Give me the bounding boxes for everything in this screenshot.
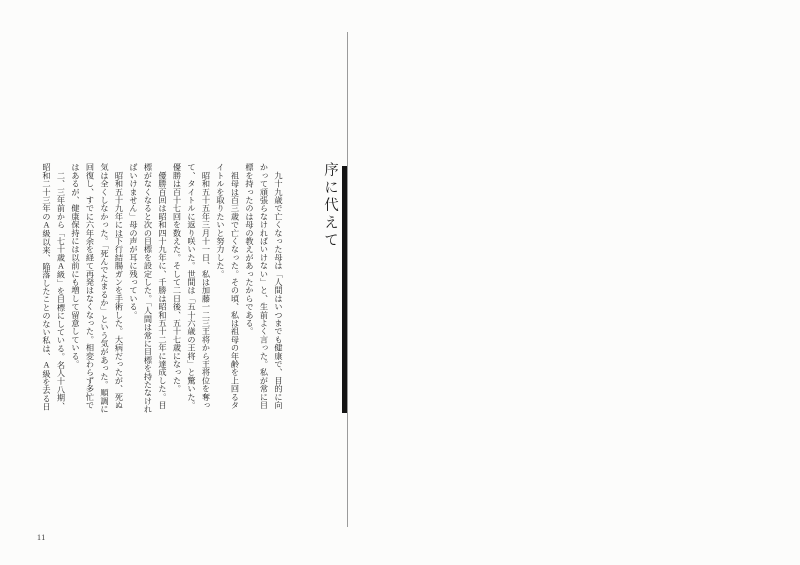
text-column: 標を持ったのは母の教えがあったからである。 xyxy=(242,163,257,421)
text-column: 二、三年前から「七十歳A級」を目標にしている。名人十八期、 xyxy=(53,163,68,421)
chapter-title: 序に代えて xyxy=(320,162,341,272)
text-column: 気は全くしなかった。「死んでたまるか」という気があった。順調に xyxy=(97,163,112,421)
scanned-book-spread: 序に代えて 九十九歳で亡くなった母は「人間はいつまでも健康で、目的に向かって頑張… xyxy=(0,0,800,565)
text-column: 標がなくなると次の目標を設定した。「人間は常に目標を持たなけれ xyxy=(140,163,155,421)
text-column: かって頑張らなければいけない」と、生前よく言った。私が常に目 xyxy=(256,163,271,421)
text-column: 祖母は百三歳で亡くなった。その頃、私は祖母の年齢を上回るタ xyxy=(227,163,242,421)
page-number: 11 xyxy=(37,533,46,542)
text-column: 昭和二十三年のA級以来、陥落したことのない私は、A級を去る日 xyxy=(39,163,54,421)
text-column: ばいけません」母の声が耳に残っている。 xyxy=(126,163,141,421)
preface-text: 九十九歳で亡くなった母は「人間はいつまでも健康で、目的に向かって頑張らなければい… xyxy=(39,163,286,421)
text-column: イトルを取りたいと努力した。 xyxy=(213,163,228,421)
text-column: 優勝百回は昭和四十九年に、千勝は昭和五十二年に達成した。目 xyxy=(155,163,170,421)
title-rule-bar xyxy=(342,166,347,413)
text-column: 九十九歳で亡くなった母は「人間はいつまでも健康で、目的に向 xyxy=(271,163,286,421)
text-column: はあるが、健康保持には以前にも増して留意している。 xyxy=(68,163,83,421)
page-edge-line xyxy=(347,32,348,527)
text-column: 優勝は百十七回を数えた。そして二日後、五十七歳になった。 xyxy=(169,163,184,421)
text-column: て、タイトルに返り咲いた。世間は「五十六歳の王将」と驚いた。 xyxy=(184,163,199,421)
text-column: 昭和五十九年には下行結腸ガンを手術した。大病だったが、死ぬ xyxy=(111,163,126,421)
text-column: 昭和五十五年三月十一日、私は加藤一二三王将から王将位を奪っ xyxy=(198,163,213,421)
text-column: 回復し、すでに六年余を経て再発はなくなった。相変わらず多忙で xyxy=(82,163,97,421)
